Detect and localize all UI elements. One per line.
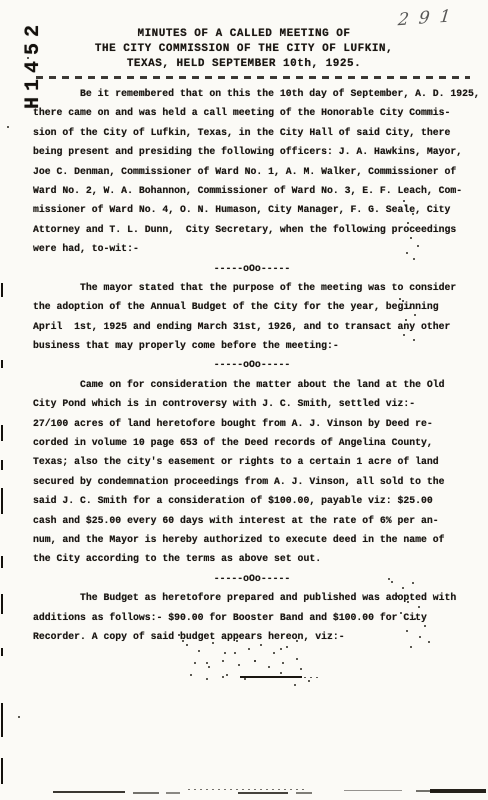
scan-artifact-margin-mark [1,758,3,784]
text-line: Came on for consideration the matter abo… [33,375,471,394]
scan-speckle-cluster [388,578,390,580]
page-bottom-edge-mark [53,791,125,793]
title-line-1: MINUTES OF A CALLED MEETING OF [0,27,488,42]
scan-speck [18,716,20,718]
title-line-2: THE CITY COMMISSION OF THE CITY OF LUFKI… [0,42,488,57]
text-line: the City according to the terms as above… [33,549,471,568]
text-line: Recorder. A copy of said budget appears … [33,627,471,646]
text-line: April 1st, 1925 and ending March 31st, 1… [33,317,471,336]
paragraph: The Budget as heretofore prepared and pu… [33,588,471,646]
ink-smudge-underline [240,676,302,678]
text-line: cash and $25.00 every 60 days with inter… [33,511,471,530]
text-line: 27/100 acres of land heretofore bought f… [33,414,471,433]
text-line: being present and presiding the followin… [33,142,471,161]
text-line: Joe C. Denman, Commissioner of Ward No. … [33,162,471,181]
scan-artifact-margin-mark [1,488,3,514]
text-line: there came on and was held a call meetin… [33,103,471,122]
text-line: The mayor stated that the purpose of the… [33,278,471,297]
scan-artifact-margin-mark [1,703,3,737]
text-line: missioner of Ward No. 4, O. N. Humason, … [33,200,471,219]
paragraph: The mayor stated that the purpose of the… [33,278,471,356]
ink-smudge-underline-dots [304,677,322,678]
scan-speckle-cluster [399,298,401,300]
text-line: the adoption of the Annual Budget of the… [33,297,471,316]
text-line: Attorney and T. L. Dunn, City Secretary,… [33,220,471,239]
page-bottom-edge-mark [296,792,312,794]
text-line: business that may properly come before t… [33,336,471,355]
paragraph: Came on for consideration the matter abo… [33,375,471,569]
paragraph: Be it remembered that on this the 10th d… [33,84,471,259]
ink-smudge [178,634,180,636]
scan-artifact-margin-mark [1,283,3,297]
page-bottom-edge-mark [430,789,486,793]
dashed-divider [36,76,470,79]
document-body: Be it remembered that on this the 10th d… [33,84,471,646]
text-line: Texas; also the city's easement or right… [33,452,471,471]
text-line: The Budget as heretofore prepared and pu… [33,588,471,607]
text-line: City Pond which is in controversy with J… [33,394,471,413]
text-line: num, and the Mayor is hereby authorized … [33,530,471,549]
text-line: Be it remembered that on this the 10th d… [33,84,471,103]
scan-artifact-margin-mark [1,460,3,470]
scan-artifact-margin-mark [1,648,3,656]
page-bottom-edge-mark [133,792,159,794]
scan-speck [7,126,9,128]
scan-speck [27,57,29,59]
text-line: secured by condemnation proceedings from… [33,472,471,491]
page-bottom-edge-mark [238,792,288,794]
scanned-document-page: H1452 291 MINUTES OF A CALLED MEETING OF… [0,0,488,800]
section-separator: -----oOo----- [33,355,471,374]
scan-artifact-margin-mark [1,425,3,441]
scan-artifact-margin-mark [1,594,3,614]
scan-artifact-margin-mark [1,360,3,368]
page-bottom-edge-mark [344,790,402,791]
document-title: MINUTES OF A CALLED MEETING OF THE CITY … [0,27,488,72]
ink-smudge [182,640,184,642]
section-separator: -----oOo----- [33,259,471,278]
scan-artifact-margin-mark [1,556,3,568]
text-line: Ward No. 2, W. A. Bohannon, Commissioner… [33,181,471,200]
title-line-3: TEXAS, HELD SEPTEMBER 10th, 1925. [0,57,488,72]
page-bottom-edge-mark [188,789,308,790]
text-line: said J. C. Smith for a consideration of … [33,491,471,510]
scan-speckle-cluster [403,200,405,202]
text-line: additions as follows:- $90.00 for Booste… [33,608,471,627]
text-line: were had, to-wit:- [33,239,471,258]
section-separator: -----oOo----- [33,569,471,588]
text-line: corded in volume 10 page 653 of the Deed… [33,433,471,452]
text-line: sion of the City of Lufkin, Texas, in th… [33,123,471,142]
page-bottom-edge-mark [166,792,180,794]
